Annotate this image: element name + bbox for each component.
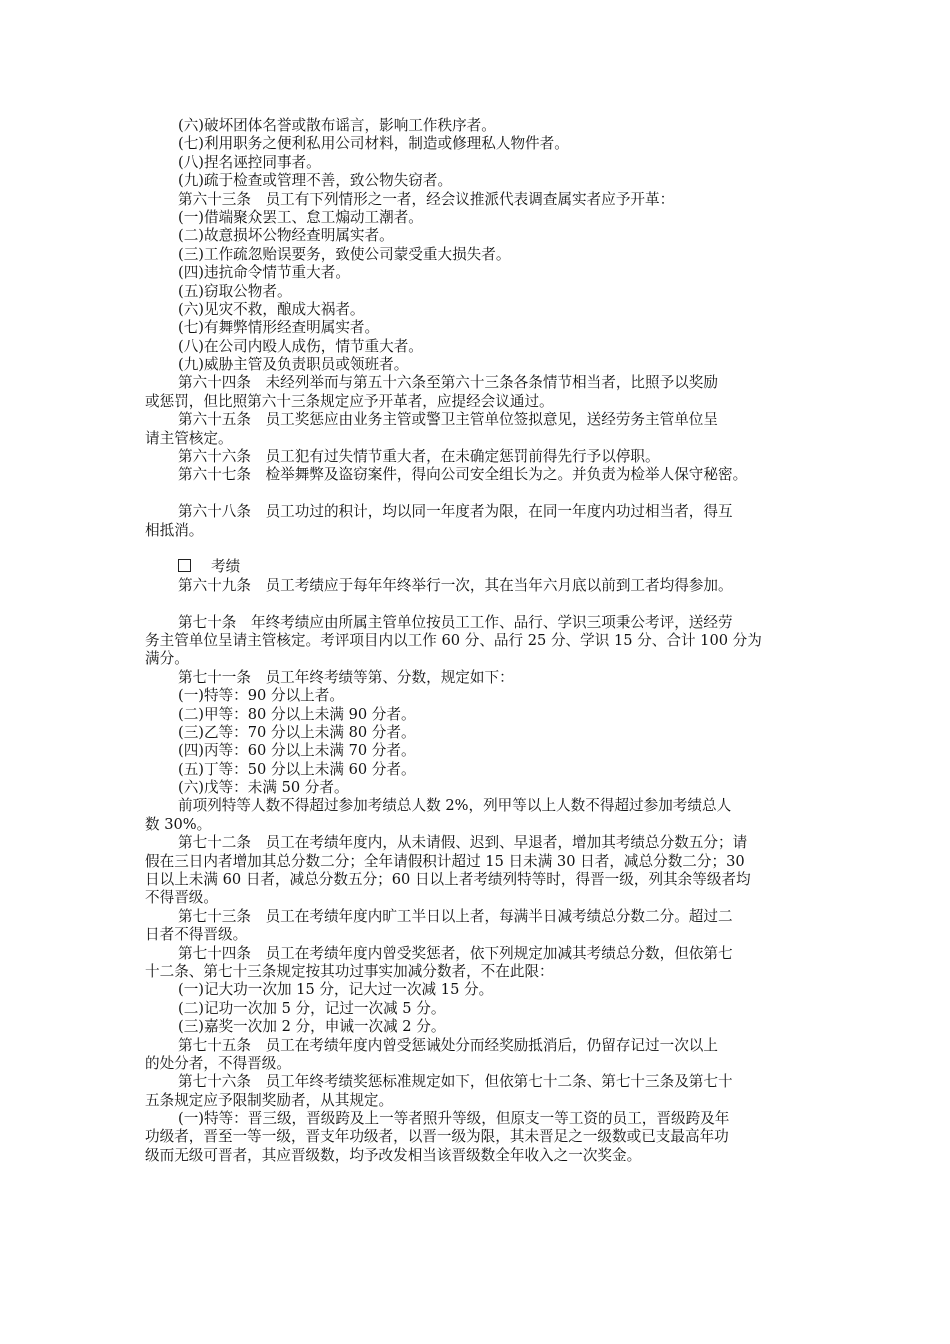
article-paragraph: 第六十六条 员工犯有过失情节重大者，在未确定惩罚前得先行予以停职。 <box>145 448 815 466</box>
article-paragraph: 第六十九条 员工考绩应于每年年终举行一次，其在当年六月底以前到工者均得参加。 <box>145 577 815 595</box>
text-line: 第六十六条 员工犯有过失情节重大者，在未确定惩罚前得先行予以停职。 <box>145 448 815 466</box>
text-line: 或惩罚，但比照第六十三条规定应予开革者，应提经会议通过。 <box>145 393 815 411</box>
text-line: (六)破坏团体名誉或散布谣言，影响工作秩序者。 <box>145 117 815 135</box>
text-line: (二)记功一次加 5 分，记过一次减 5 分。 <box>145 1000 815 1018</box>
article-paragraph: 第七十一条 员工年终考绩等第、分数，规定如下： <box>145 669 815 687</box>
list-item: 第六十三条 员工有下列情形之一者，经会议推派代表调查属实者应予开革： <box>145 191 815 209</box>
list-item: (七)利用职务之便利私用公司材料，制造或修理私人物件者。 <box>145 135 815 153</box>
list-item: (六)破坏团体名誉或散布谣言，影响工作秩序者。 <box>145 117 815 135</box>
article-paragraph: 第六十四条 未经列举而与第五十六条至第六十三条各条情节相当者，比照予以奖励或惩罚… <box>145 374 815 411</box>
list-item: (八)在公司内殴人成伤，情节重大者。 <box>145 338 815 356</box>
text-line: (五)丁等：50 分以上未满 60 分者。 <box>145 761 815 779</box>
article-paragraph: 第六十五条 员工奖惩应由业务主管或警卫主管单位签拟意见，送经劳务主管单位呈请主管… <box>145 411 815 448</box>
text-line: 第七十条 年终考绩应由所属主管单位按员工工作、品行、学识三项秉公考评，送经劳 <box>145 614 815 632</box>
text-line: (三)工作疏忽贻误要务，致使公司蒙受重大损失者。 <box>145 246 815 264</box>
text-line: 第七十四条 员工在考绩年度内曾受奖惩者，依下列规定加减其考绩总分数，但依第七 <box>145 945 815 963</box>
list-item: (五)窃取公物者。 <box>145 283 815 301</box>
text-line: (八)在公司内殴人成伤，情节重大者。 <box>145 338 815 356</box>
list-item: (二)故意损坏公物经查明属实者。 <box>145 227 815 245</box>
article-paragraph: 第七十六条 员工年终考绩奖惩标准规定如下，但依第七十二条、第七十三条及第七十五条… <box>145 1073 815 1110</box>
text-line: (七)利用职务之便利私用公司材料，制造或修理私人物件者。 <box>145 135 815 153</box>
list-item: (一)借端聚众罢工、怠工煽动工潮者。 <box>145 209 815 227</box>
text-line: 功级者，晋至一等一级，晋支年功级者，以晋一级为限，其未晋足之一级数或已支最高年功 <box>145 1128 815 1146</box>
text-line: 务主管单位呈请主管核定。考评项目内以工作 60 分、品行 25 分、学识 15 … <box>145 632 815 650</box>
text-line: 日者不得晋级。 <box>145 926 815 944</box>
text-line: 第七十五条 员工在考绩年度内曾受惩诫处分而经奖励抵消后，仍留存记过一次以上 <box>145 1037 815 1055</box>
text-line: (三)乙等：70 分以上未满 80 分者。 <box>145 724 815 742</box>
article-paragraph: (一)特等：晋三级，晋级跨及上一等者照升等级，但原支一等工资的员工，晋级跨及年功… <box>145 1110 815 1165</box>
text-line: (四)违抗命令情节重大者。 <box>145 264 815 282</box>
article-paragraph: (二)记功一次加 5 分，记过一次减 5 分。 <box>145 1000 815 1018</box>
text-line: 假在三日内者增加其总分数二分；全年请假积计超过 15 日未满 30 日者，减总分… <box>145 853 815 871</box>
text-line: 第六十九条 员工考绩应于每年年终举行一次，其在当年六月底以前到工者均得参加。 <box>145 577 815 595</box>
text-line: (一)记大功一次加 15 分，记大过一次减 15 分。 <box>145 981 815 999</box>
article-paragraph: (五)丁等：50 分以上未满 60 分者。 <box>145 761 815 779</box>
text-line: (八)捏名诬控同事者。 <box>145 154 815 172</box>
list-item: (八)捏名诬控同事者。 <box>145 154 815 172</box>
text-line: 五条规定应予限制奖励者，从其规定。 <box>145 1092 815 1110</box>
text-line: 第六十八条 员工功过的积计，均以同一年度者为限，在同一年度内功过相当者，得互 <box>145 503 815 521</box>
article-paragraph: 第七十二条 员工在考绩年度内，从未请假、迟到、早退者，增加其考绩总分数五分；请假… <box>145 834 815 908</box>
list-item: (七)有舞弊情形经查明属实者。 <box>145 319 815 337</box>
article-paragraph: 第七十条 年终考绩应由所属主管单位按员工工作、品行、学识三项秉公考评，送经劳务主… <box>145 614 815 669</box>
blank-line <box>145 595 815 613</box>
article-paragraph: (一)特等：90 分以上者。 <box>145 687 815 705</box>
document-page: (六)破坏团体名誉或散布谣言，影响工作秩序者。(七)利用职务之便利私用公司材料，… <box>145 117 815 1165</box>
list-item: (四)违抗命令情节重大者。 <box>145 264 815 282</box>
text-line: 第七十六条 员工年终考绩奖惩标准规定如下，但依第七十二条、第七十三条及第七十 <box>145 1073 815 1091</box>
article-paragraph: 第七十四条 员工在考绩年度内曾受奖惩者，依下列规定加减其考绩总分数，但依第七十二… <box>145 945 815 982</box>
text-line: (一)特等：晋三级，晋级跨及上一等者照升等级，但原支一等工资的员工，晋级跨及年 <box>145 1110 815 1128</box>
text-line: 数 30%。 <box>145 816 815 834</box>
text-line: (一)借端聚众罢工、怠工煽动工潮者。 <box>145 209 815 227</box>
text-line: 请主管核定。 <box>145 430 815 448</box>
text-line: 满分。 <box>145 650 815 668</box>
text-line: 第六十五条 员工奖惩应由业务主管或警卫主管单位签拟意见，送经劳务主管单位呈 <box>145 411 815 429</box>
article-paragraph: 第七十五条 员工在考绩年度内曾受惩诫处分而经奖励抵消后，仍留存记过一次以上的处分… <box>145 1037 815 1074</box>
article-paragraph: (六)戊等：未满 50 分者。 <box>145 779 815 797</box>
checkbox-square-icon <box>178 559 191 572</box>
text-line: (四)丙等：60 分以上未满 70 分者。 <box>145 742 815 760</box>
text-line: 的处分者，不得晋级。 <box>145 1055 815 1073</box>
article-paragraph: 第六十七条 检举舞弊及盗窃案件，得向公司安全组长为之。并负责为检举人保守秘密。 <box>145 466 815 484</box>
text-line: 日以上未满 60 日者，减总分数五分；60 日以上者考绩列特等时，得晋一级，列其… <box>145 871 815 889</box>
list-item: (九)威胁主管及负责职员或领班者。 <box>145 356 815 374</box>
text-line: (三)嘉奖一次加 2 分，申诫一次减 2 分。 <box>145 1018 815 1036</box>
text-line: 十二条、第七十三条规定按其功过事实加减分数者，不在此限： <box>145 963 815 981</box>
article-paragraph: (三)嘉奖一次加 2 分，申诫一次减 2 分。 <box>145 1018 815 1036</box>
article-paragraph: (四)丙等：60 分以上未满 70 分者。 <box>145 742 815 760</box>
text-line: (九)威胁主管及负责职员或领班者。 <box>145 356 815 374</box>
text-line: (六)戊等：未满 50 分者。 <box>145 779 815 797</box>
text-line: (七)有舞弊情形经查明属实者。 <box>145 319 815 337</box>
list-item: (三)工作疏忽贻误要务，致使公司蒙受重大损失者。 <box>145 246 815 264</box>
text-line: 第六十四条 未经列举而与第五十六条至第六十三条各条情节相当者，比照予以奖励 <box>145 374 815 392</box>
text-line: 第七十二条 员工在考绩年度内，从未请假、迟到、早退者，增加其考绩总分数五分；请 <box>145 834 815 852</box>
text-line: 相抵消。 <box>145 522 815 540</box>
text-line: (六)见灾不救，酿成大祸者。 <box>145 301 815 319</box>
text-line: 第七十一条 员工年终考绩等第、分数，规定如下： <box>145 669 815 687</box>
article-paragraph: 第六十八条 员工功过的积计，均以同一年度者为限，在同一年度内功过相当者，得互相抵… <box>145 503 815 540</box>
blank-line <box>145 485 815 503</box>
text-line: (五)窃取公物者。 <box>145 283 815 301</box>
blank-line <box>145 540 815 558</box>
article-paragraph: 第七十三条 员工在考绩年度内旷工半日以上者，每满半日减考绩总分数二分。超过二日者… <box>145 908 815 945</box>
text-line: (九)疏于检查或管理不善，致公物失窃者。 <box>145 172 815 190</box>
article-paragraph: (一)记大功一次加 15 分，记大过一次减 15 分。 <box>145 981 815 999</box>
article-paragraph: 前项列特等人数不得超过参加考绩总人数 2%，列甲等以上人数不得超过参加考绩总人数… <box>145 797 815 834</box>
text-line: 不得晋级。 <box>145 889 815 907</box>
text-line: 前项列特等人数不得超过参加考绩总人数 2%，列甲等以上人数不得超过参加考绩总人 <box>145 797 815 815</box>
text-line: (二)甲等：80 分以上未满 90 分者。 <box>145 706 815 724</box>
section-heading: 考绩 <box>145 558 815 576</box>
text-line: (二)故意损坏公物经查明属实者。 <box>145 227 815 245</box>
text-line: (一)特等：90 分以上者。 <box>145 687 815 705</box>
text-line: 第六十七条 检举舞弊及盗窃案件，得向公司安全组长为之。并负责为检举人保守秘密。 <box>145 466 815 484</box>
text-line: 第六十三条 员工有下列情形之一者，经会议推派代表调查属实者应予开革： <box>145 191 815 209</box>
text-line: 级而无级可晋者，其应晋级数，均予改发相当该晋级数全年收入之一次奖金。 <box>145 1147 815 1165</box>
list-item: (六)见灾不救，酿成大祸者。 <box>145 301 815 319</box>
article-paragraph: (二)甲等：80 分以上未满 90 分者。 <box>145 706 815 724</box>
section-heading-text: 考绩 <box>211 558 240 575</box>
list-item: (九)疏于检查或管理不善，致公物失窃者。 <box>145 172 815 190</box>
text-line: 第七十三条 员工在考绩年度内旷工半日以上者，每满半日减考绩总分数二分。超过二 <box>145 908 815 926</box>
article-paragraph: (三)乙等：70 分以上未满 80 分者。 <box>145 724 815 742</box>
